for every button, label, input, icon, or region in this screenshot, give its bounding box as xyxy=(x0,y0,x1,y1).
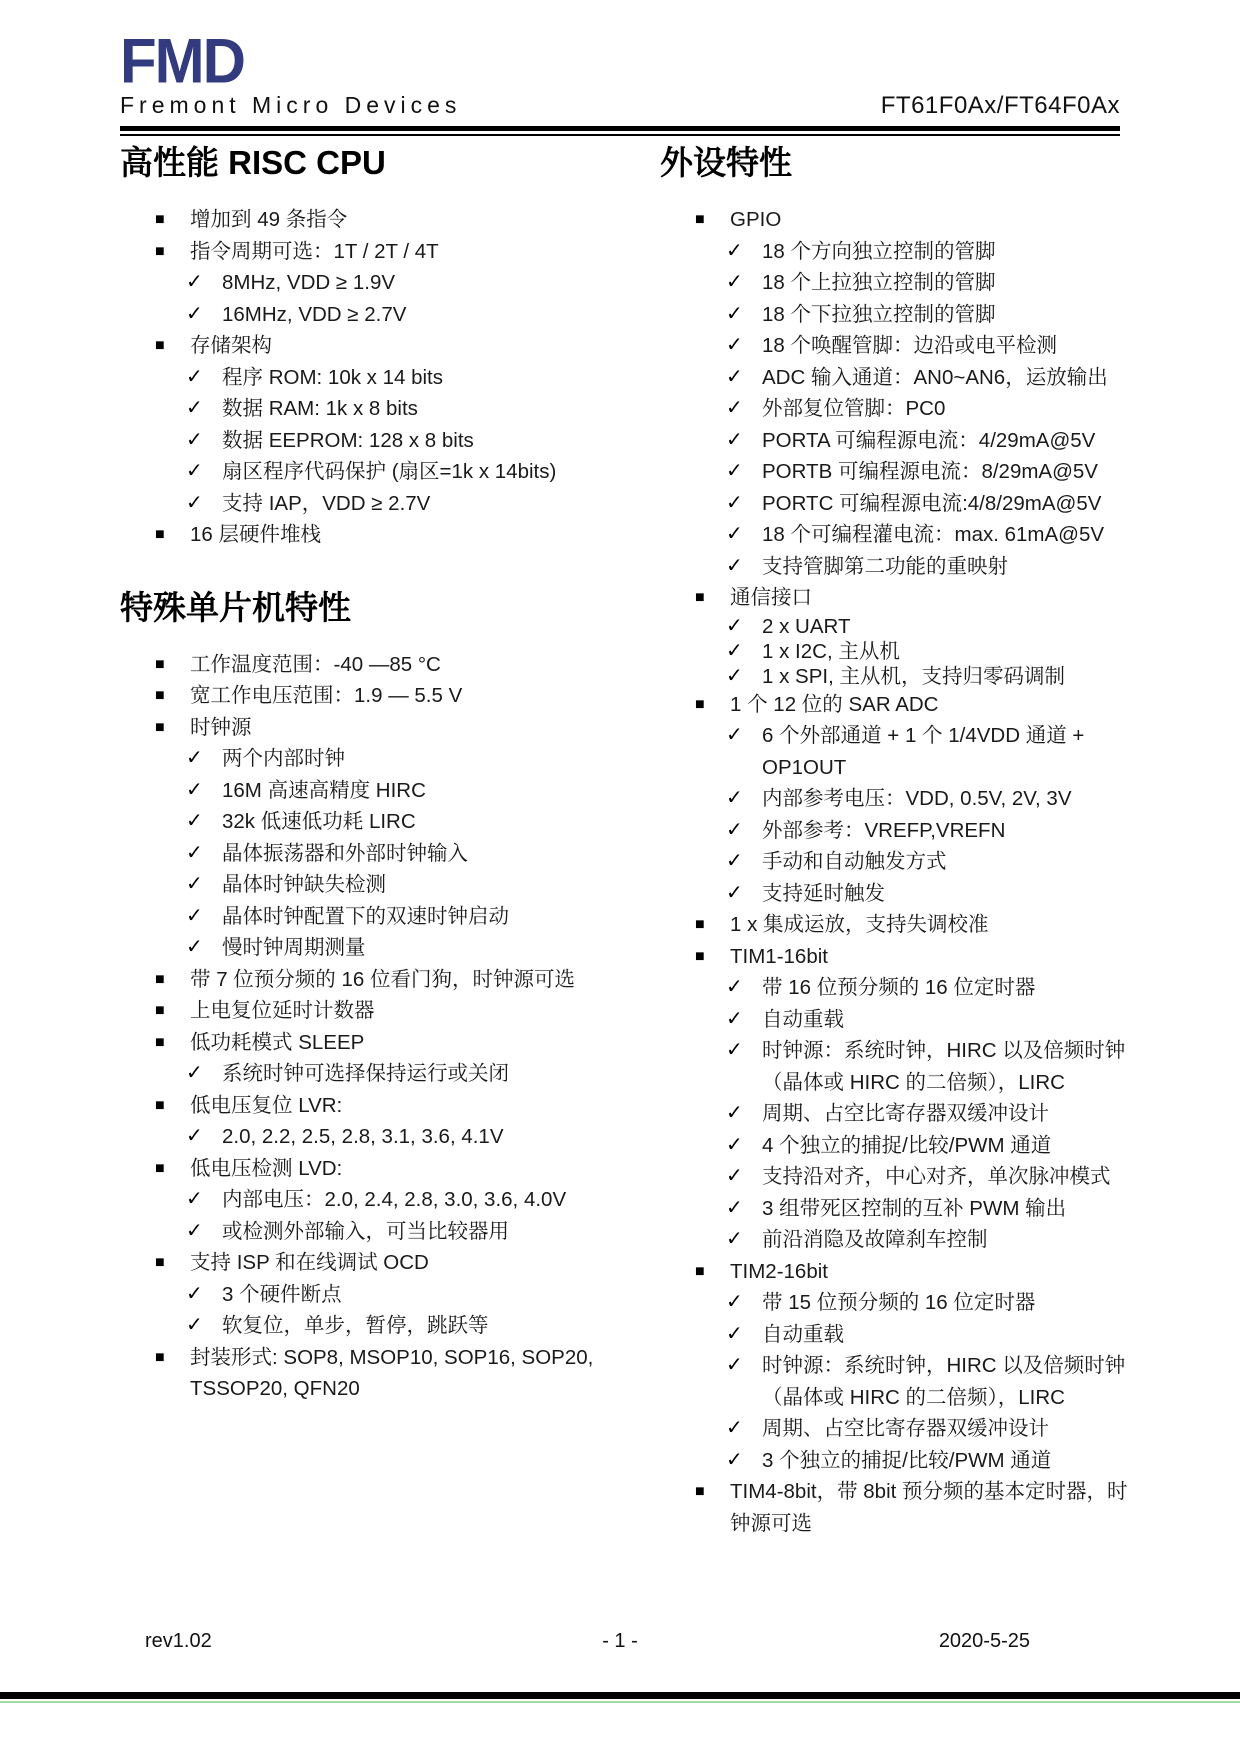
check-icon: ✓ xyxy=(186,743,203,775)
list-item: ✓扇区程序代码保护 (扇区=1k x 14bits) xyxy=(120,456,660,488)
item-text: TIM4-8bit，带 8bit 预分频的基本定时器，时钟源可选 xyxy=(730,1480,1128,1535)
check-icon: ✓ xyxy=(186,362,203,394)
list-item: ■TIM1-16bit xyxy=(660,941,1130,973)
right-column: 外设特性■GPIO✓18 个方向独立控制的管脚✓18 个上拉独立控制的管脚✓18… xyxy=(660,140,1130,1573)
list-item: ✓8MHz, VDD ≥ 1.9V xyxy=(120,267,660,299)
item-text: 3 个独立的捕捉/比较/PWM 通道 xyxy=(762,1449,1051,1472)
feature-list: ■工作温度范围：-40 —85 °C■宽工作电压范围：1.9 — 5.5 V■时… xyxy=(120,649,660,1405)
item-text: 低功耗模式 SLEEP xyxy=(190,1031,364,1054)
item-text: 支持 ISP 和在线调试 OCD xyxy=(190,1251,429,1274)
list-item: ✓18 个可编程灌电流：max. 61mA@5V xyxy=(660,519,1130,551)
list-item: ✓晶体时钟配置下的双速时钟启动 xyxy=(120,901,660,933)
list-item: ■时钟源 xyxy=(120,712,660,744)
check-icon: ✓ xyxy=(186,869,203,901)
list-item: ■TIM4-8bit，带 8bit 预分频的基本定时器，时钟源可选 xyxy=(660,1476,1130,1539)
list-item: ✓两个内部时钟 xyxy=(120,743,660,775)
page-footer: rev1.02 - 1 - 2020-5-25 xyxy=(120,1630,1120,1660)
item-text: 18 个上拉独立控制的管脚 xyxy=(762,271,996,294)
square-bullet-icon: ■ xyxy=(695,1256,705,1288)
check-icon: ✓ xyxy=(726,267,743,299)
feature-list: ■GPIO✓18 个方向独立控制的管脚✓18 个上拉独立控制的管脚✓18 个下拉… xyxy=(660,204,1130,1539)
left-column: 高性能 RISC CPU■增加到 49 条指令■指令周期可选：1T / 2T /… xyxy=(120,140,660,1573)
footer-date: 2020-5-25 xyxy=(939,1630,1030,1653)
check-icon: ✓ xyxy=(726,1161,743,1193)
list-item: ✓18 个上拉独立控制的管脚 xyxy=(660,267,1130,299)
list-item: ✓内部电压：2.0, 2.4, 2.8, 3.0, 3.6, 4.0V xyxy=(120,1184,660,1216)
item-text: 封装形式: SOP8, MSOP10, SOP16, SOP20, TSSOP2… xyxy=(190,1346,593,1401)
list-item: ✓外部参考：VREFP,VREFN xyxy=(660,815,1130,847)
check-icon: ✓ xyxy=(726,614,743,639)
item-text: 支持管脚第二功能的重映射 xyxy=(762,555,1008,578)
item-text: 数据 RAM: 1k x 8 bits xyxy=(222,397,418,420)
check-icon: ✓ xyxy=(186,1216,203,1248)
check-icon: ✓ xyxy=(726,664,743,689)
bottom-accent-line xyxy=(0,1701,1240,1703)
list-item: ✓1 x I2C, 主从机 xyxy=(660,639,1130,664)
square-bullet-icon: ■ xyxy=(155,964,165,996)
item-text: 存储架构 xyxy=(190,334,272,357)
check-icon: ✓ xyxy=(726,846,743,878)
item-text: 低电压复位 LVR: xyxy=(190,1094,342,1117)
list-item: ✓支持延时触发 xyxy=(660,878,1130,910)
item-text: 扇区程序代码保护 (扇区=1k x 14bits) xyxy=(222,460,556,483)
item-text: 指令周期可选：1T / 2T / 4T xyxy=(190,240,439,263)
section-title: 外设特性 xyxy=(660,140,1130,186)
item-text: 低电压检测 LVD: xyxy=(190,1157,342,1180)
square-bullet-icon: ■ xyxy=(155,649,165,681)
item-text: 6 个外部通道 + 1 个 1/4VDD 通道 + OP1OUT xyxy=(762,724,1084,779)
check-icon: ✓ xyxy=(186,1310,203,1342)
check-icon: ✓ xyxy=(726,1098,743,1130)
page-header: FMD Fremont Micro Devices FT61F0Ax/FT64F… xyxy=(120,30,1120,136)
list-item: ✓4 个独立的捕捉/比较/PWM 通道 xyxy=(660,1130,1130,1162)
list-item: ■低电压复位 LVR: xyxy=(120,1090,660,1122)
item-text: PORTC 可编程源电流:4/8/29mA@5V xyxy=(762,492,1101,515)
check-icon: ✓ xyxy=(186,1121,203,1153)
check-icon: ✓ xyxy=(726,1319,743,1351)
list-item: ■1 x 集成运放，支持失调校准 xyxy=(660,909,1130,941)
check-icon: ✓ xyxy=(726,1287,743,1319)
check-icon: ✓ xyxy=(726,519,743,551)
check-icon: ✓ xyxy=(726,425,743,457)
list-item: ✓前沿消隐及故障刹车控制 xyxy=(660,1224,1130,1256)
list-item: ✓晶体振荡器和外部时钟输入 xyxy=(120,838,660,870)
item-text: 晶体振荡器和外部时钟输入 xyxy=(222,842,468,865)
item-text: 4 个独立的捕捉/比较/PWM 通道 xyxy=(762,1134,1051,1157)
check-icon: ✓ xyxy=(726,299,743,331)
check-icon: ✓ xyxy=(726,783,743,815)
list-item: ✓晶体时钟缺失检测 xyxy=(120,869,660,901)
list-item: ✓内部参考电压：VDD, 0.5V, 2V, 3V xyxy=(660,783,1130,815)
check-icon: ✓ xyxy=(726,1413,743,1445)
list-item: ✓时钟源：系统时钟，HIRC 以及倍频时钟（晶体或 HIRC 的二倍频），LIR… xyxy=(660,1035,1130,1098)
check-icon: ✓ xyxy=(726,362,743,394)
item-text: 外部复位管脚：PC0 xyxy=(762,397,945,420)
item-text: 1 x I2C, 主从机 xyxy=(762,640,900,663)
item-text: GPIO xyxy=(730,208,781,231)
item-text: 18 个可编程灌电流：max. 61mA@5V xyxy=(762,523,1104,546)
list-item: ✓支持沿对齐，中心对齐，单次脉冲模式 xyxy=(660,1161,1130,1193)
check-icon: ✓ xyxy=(726,1130,743,1162)
item-text: 手动和自动触发方式 xyxy=(762,850,947,873)
item-text: 工作温度范围：-40 —85 °C xyxy=(190,653,441,676)
list-item: ✓自动重载 xyxy=(660,1004,1130,1036)
check-icon: ✓ xyxy=(726,488,743,520)
list-item: ■工作温度范围：-40 —85 °C xyxy=(120,649,660,681)
square-bullet-icon: ■ xyxy=(695,909,705,941)
part-number: FT61F0Ax/FT64F0Ax xyxy=(881,92,1120,120)
item-text: 16M 高速高精度 HIRC xyxy=(222,779,426,802)
check-icon: ✓ xyxy=(186,1058,203,1090)
item-text: 带 16 位预分频的 16 位定时器 xyxy=(762,976,1035,999)
item-text: 上电复位延时计数器 xyxy=(190,999,375,1022)
square-bullet-icon: ■ xyxy=(695,582,705,614)
item-text: 增加到 49 条指令 xyxy=(190,208,347,231)
list-item: ✓手动和自动触发方式 xyxy=(660,846,1130,878)
datasheet-page: FMD Fremont Micro Devices FT61F0Ax/FT64F… xyxy=(0,0,1240,1754)
item-text: 软复位，单步，暂停，跳跃等 xyxy=(222,1314,489,1337)
item-text: 系统时钟可选择保持运行或关闭 xyxy=(222,1062,509,1085)
check-icon: ✓ xyxy=(186,1184,203,1216)
item-text: 8MHz, VDD ≥ 1.9V xyxy=(222,271,395,294)
check-icon: ✓ xyxy=(726,456,743,488)
item-text: 3 个硬件断点 xyxy=(222,1283,342,1306)
item-text: 2 x UART xyxy=(762,615,850,638)
item-text: 18 个方向独立控制的管脚 xyxy=(762,240,996,263)
square-bullet-icon: ■ xyxy=(695,689,705,721)
list-item: ■通信接口 xyxy=(660,582,1130,614)
check-icon: ✓ xyxy=(726,720,743,752)
list-item: ✓支持 IAP，VDD ≥ 2.7V xyxy=(120,488,660,520)
item-text: 数据 EEPROM: 128 x 8 bits xyxy=(222,429,474,452)
item-text: 通信接口 xyxy=(730,586,812,609)
item-text: 自动重载 xyxy=(762,1323,844,1346)
list-item: ✓PORTB 可编程源电流：8/29mA@5V xyxy=(660,456,1130,488)
list-item: ✓带 15 位预分频的 16 位定时器 xyxy=(660,1287,1130,1319)
square-bullet-icon: ■ xyxy=(695,1476,705,1508)
square-bullet-icon: ■ xyxy=(695,204,705,236)
item-text: 周期、占空比寄存器双缓冲设计 xyxy=(762,1417,1049,1440)
list-item: ✓程序 ROM: 10k x 14 bits xyxy=(120,362,660,394)
item-text: 1 x SPI, 主从机，支持归零码调制 xyxy=(762,665,1065,688)
check-icon: ✓ xyxy=(186,901,203,933)
check-icon: ✓ xyxy=(186,488,203,520)
check-icon: ✓ xyxy=(186,775,203,807)
item-text: 前沿消隐及故障刹车控制 xyxy=(762,1228,988,1251)
item-text: 周期、占空比寄存器双缓冲设计 xyxy=(762,1102,1049,1125)
square-bullet-icon: ■ xyxy=(155,1247,165,1279)
check-icon: ✓ xyxy=(726,639,743,664)
list-item: ■低功耗模式 SLEEP xyxy=(120,1027,660,1059)
check-icon: ✓ xyxy=(726,1004,743,1036)
square-bullet-icon: ■ xyxy=(155,995,165,1027)
list-item: ✓带 16 位预分频的 16 位定时器 xyxy=(660,972,1130,1004)
list-item: ■支持 ISP 和在线调试 OCD xyxy=(120,1247,660,1279)
item-text: 内部参考电压：VDD, 0.5V, 2V, 3V xyxy=(762,787,1072,810)
square-bullet-icon: ■ xyxy=(155,330,165,362)
check-icon: ✓ xyxy=(726,1035,743,1067)
check-icon: ✓ xyxy=(186,1279,203,1311)
item-text: 晶体时钟配置下的双速时钟启动 xyxy=(222,905,509,928)
list-item: ■1 个 12 位的 SAR ADC xyxy=(660,689,1130,721)
list-item: ✓周期、占空比寄存器双缓冲设计 xyxy=(660,1413,1130,1445)
section-title: 特殊单片机特性 xyxy=(120,585,660,631)
square-bullet-icon: ■ xyxy=(155,204,165,236)
check-icon: ✓ xyxy=(186,267,203,299)
item-text: 宽工作电压范围：1.9 — 5.5 V xyxy=(190,684,462,707)
content-columns: 高性能 RISC CPU■增加到 49 条指令■指令周期可选：1T / 2T /… xyxy=(120,140,1130,1573)
list-item: ✓3 组带死区控制的互补 PWM 输出 xyxy=(660,1193,1130,1225)
list-item: ✓支持管脚第二功能的重映射 xyxy=(660,551,1130,583)
item-text: 内部电压：2.0, 2.4, 2.8, 3.0, 3.6, 4.0V xyxy=(222,1188,566,1211)
check-icon: ✓ xyxy=(726,1224,743,1256)
list-item: ✓数据 RAM: 1k x 8 bits xyxy=(120,393,660,425)
section-title: 高性能 RISC CPU xyxy=(120,140,660,186)
check-icon: ✓ xyxy=(726,972,743,1004)
list-item: ✓PORTC 可编程源电流:4/8/29mA@5V xyxy=(660,488,1130,520)
list-item: ✓PORTA 可编程源电流：4/29mA@5V xyxy=(660,425,1130,457)
bottom-border-bar xyxy=(0,1692,1240,1699)
item-text: 1 个 12 位的 SAR ADC xyxy=(730,693,938,716)
item-text: 两个内部时钟 xyxy=(222,747,345,770)
list-item: ✓或检测外部输入，可当比较器用 xyxy=(120,1216,660,1248)
item-text: 时钟源：系统时钟，HIRC 以及倍频时钟（晶体或 HIRC 的二倍频），LIRC xyxy=(762,1354,1125,1409)
item-text: TIM2-16bit xyxy=(730,1260,828,1283)
square-bullet-icon: ■ xyxy=(155,236,165,268)
check-icon: ✓ xyxy=(186,299,203,331)
item-text: 晶体时钟缺失检测 xyxy=(222,873,386,896)
check-icon: ✓ xyxy=(726,551,743,583)
list-item: ✓软复位，单步，暂停，跳跃等 xyxy=(120,1310,660,1342)
list-item: ■TIM2-16bit xyxy=(660,1256,1130,1288)
check-icon: ✓ xyxy=(726,1193,743,1225)
square-bullet-icon: ■ xyxy=(155,1342,165,1374)
list-item: ✓18 个下拉独立控制的管脚 xyxy=(660,299,1130,331)
check-icon: ✓ xyxy=(726,393,743,425)
check-icon: ✓ xyxy=(186,393,203,425)
list-item: ■上电复位延时计数器 xyxy=(120,995,660,1027)
list-item: ■宽工作电压范围：1.9 — 5.5 V xyxy=(120,680,660,712)
item-text: 支持沿对齐，中心对齐，单次脉冲模式 xyxy=(762,1165,1111,1188)
item-text: 时钟源 xyxy=(190,716,252,739)
item-text: 或检测外部输入，可当比较器用 xyxy=(222,1220,509,1243)
square-bullet-icon: ■ xyxy=(695,941,705,973)
square-bullet-icon: ■ xyxy=(155,1153,165,1185)
check-icon: ✓ xyxy=(186,425,203,457)
header-rule xyxy=(120,126,1120,136)
list-item: ■存储架构 xyxy=(120,330,660,362)
check-icon: ✓ xyxy=(726,815,743,847)
item-text: 支持延时触发 xyxy=(762,882,885,905)
list-item: ✓数据 EEPROM: 128 x 8 bits xyxy=(120,425,660,457)
item-text: 16MHz, VDD ≥ 2.7V xyxy=(222,303,406,326)
item-text: TIM1-16bit xyxy=(730,945,828,968)
item-text: 自动重载 xyxy=(762,1008,844,1031)
item-text: PORTB 可编程源电流：8/29mA@5V xyxy=(762,460,1098,483)
item-text: 18 个唤醒管脚：边沿或电平检测 xyxy=(762,334,1057,357)
list-item: ■指令周期可选：1T / 2T / 4T xyxy=(120,236,660,268)
item-text: 1 x 集成运放，支持失调校准 xyxy=(730,913,989,936)
list-item: ■增加到 49 条指令 xyxy=(120,204,660,236)
item-text: 慢时钟周期测量 xyxy=(222,936,366,959)
check-icon: ✓ xyxy=(186,456,203,488)
square-bullet-icon: ■ xyxy=(155,680,165,712)
check-icon: ✓ xyxy=(186,838,203,870)
list-item: ✓2.0, 2.2, 2.5, 2.8, 3.1, 3.6, 4.1V xyxy=(120,1121,660,1153)
list-item: ✓18 个唤醒管脚：边沿或电平检测 xyxy=(660,330,1130,362)
list-item: ✓ADC 输入通道：AN0~AN6，运放输出 xyxy=(660,362,1130,394)
square-bullet-icon: ■ xyxy=(155,1090,165,1122)
item-text: ADC 输入通道：AN0~AN6，运放输出 xyxy=(762,366,1108,389)
item-text: 32k 低速低功耗 LIRC xyxy=(222,810,416,833)
list-item: ✓1 x SPI, 主从机，支持归零码调制 xyxy=(660,664,1130,689)
list-item: ✓自动重载 xyxy=(660,1319,1130,1351)
check-icon: ✓ xyxy=(726,330,743,362)
list-item: ✓外部复位管脚：PC0 xyxy=(660,393,1130,425)
list-item: ✓周期、占空比寄存器双缓冲设计 xyxy=(660,1098,1130,1130)
check-icon: ✓ xyxy=(186,932,203,964)
list-item: ✓慢时钟周期测量 xyxy=(120,932,660,964)
check-icon: ✓ xyxy=(186,806,203,838)
square-bullet-icon: ■ xyxy=(155,712,165,744)
check-icon: ✓ xyxy=(726,878,743,910)
list-item: ✓32k 低速低功耗 LIRC xyxy=(120,806,660,838)
list-item: ✓2 x UART xyxy=(660,614,1130,639)
list-item: ■低电压检测 LVD: xyxy=(120,1153,660,1185)
list-item: ✓18 个方向独立控制的管脚 xyxy=(660,236,1130,268)
feature-list: ■增加到 49 条指令■指令周期可选：1T / 2T / 4T✓8MHz, VD… xyxy=(120,204,660,551)
item-text: 支持 IAP，VDD ≥ 2.7V xyxy=(222,492,430,515)
square-bullet-icon: ■ xyxy=(155,1027,165,1059)
fmd-logo: FMD xyxy=(120,30,1120,93)
list-item: ✓6 个外部通道 + 1 个 1/4VDD 通道 + OP1OUT xyxy=(660,720,1130,783)
check-icon: ✓ xyxy=(726,1350,743,1382)
list-item: ■封装形式: SOP8, MSOP10, SOP16, SOP20, TSSOP… xyxy=(120,1342,660,1405)
item-text: 程序 ROM: 10k x 14 bits xyxy=(222,366,443,389)
list-item: ✓时钟源：系统时钟，HIRC 以及倍频时钟（晶体或 HIRC 的二倍频），LIR… xyxy=(660,1350,1130,1413)
item-text: 外部参考：VREFP,VREFN xyxy=(762,819,1005,842)
list-item: ✓系统时钟可选择保持运行或关闭 xyxy=(120,1058,660,1090)
list-item: ✓16M 高速高精度 HIRC xyxy=(120,775,660,807)
list-item: ✓16MHz, VDD ≥ 2.7V xyxy=(120,299,660,331)
list-item: ■带 7 位预分频的 16 位看门狗，时钟源可选 xyxy=(120,964,660,996)
item-text: 3 组带死区控制的互补 PWM 输出 xyxy=(762,1197,1066,1220)
list-item: ■GPIO xyxy=(660,204,1130,236)
list-item: ✓3 个硬件断点 xyxy=(120,1279,660,1311)
header-row: Fremont Micro Devices FT61F0Ax/FT64F0Ax xyxy=(120,92,1120,120)
check-icon: ✓ xyxy=(726,1445,743,1477)
item-text: PORTA 可编程源电流：4/29mA@5V xyxy=(762,429,1095,452)
item-text: 2.0, 2.2, 2.5, 2.8, 3.1, 3.6, 4.1V xyxy=(222,1125,504,1148)
item-text: 18 个下拉独立控制的管脚 xyxy=(762,303,996,326)
list-item: ■16 层硬件堆栈 xyxy=(120,519,660,551)
item-text: 带 15 位预分频的 16 位定时器 xyxy=(762,1291,1035,1314)
item-text: 时钟源：系统时钟，HIRC 以及倍频时钟（晶体或 HIRC 的二倍频），LIRC xyxy=(762,1039,1125,1094)
check-icon: ✓ xyxy=(726,236,743,268)
item-text: 16 层硬件堆栈 xyxy=(190,523,321,546)
item-text: 带 7 位预分频的 16 位看门狗，时钟源可选 xyxy=(190,968,575,991)
square-bullet-icon: ■ xyxy=(155,519,165,551)
list-item: ✓3 个独立的捕捉/比较/PWM 通道 xyxy=(660,1445,1130,1477)
